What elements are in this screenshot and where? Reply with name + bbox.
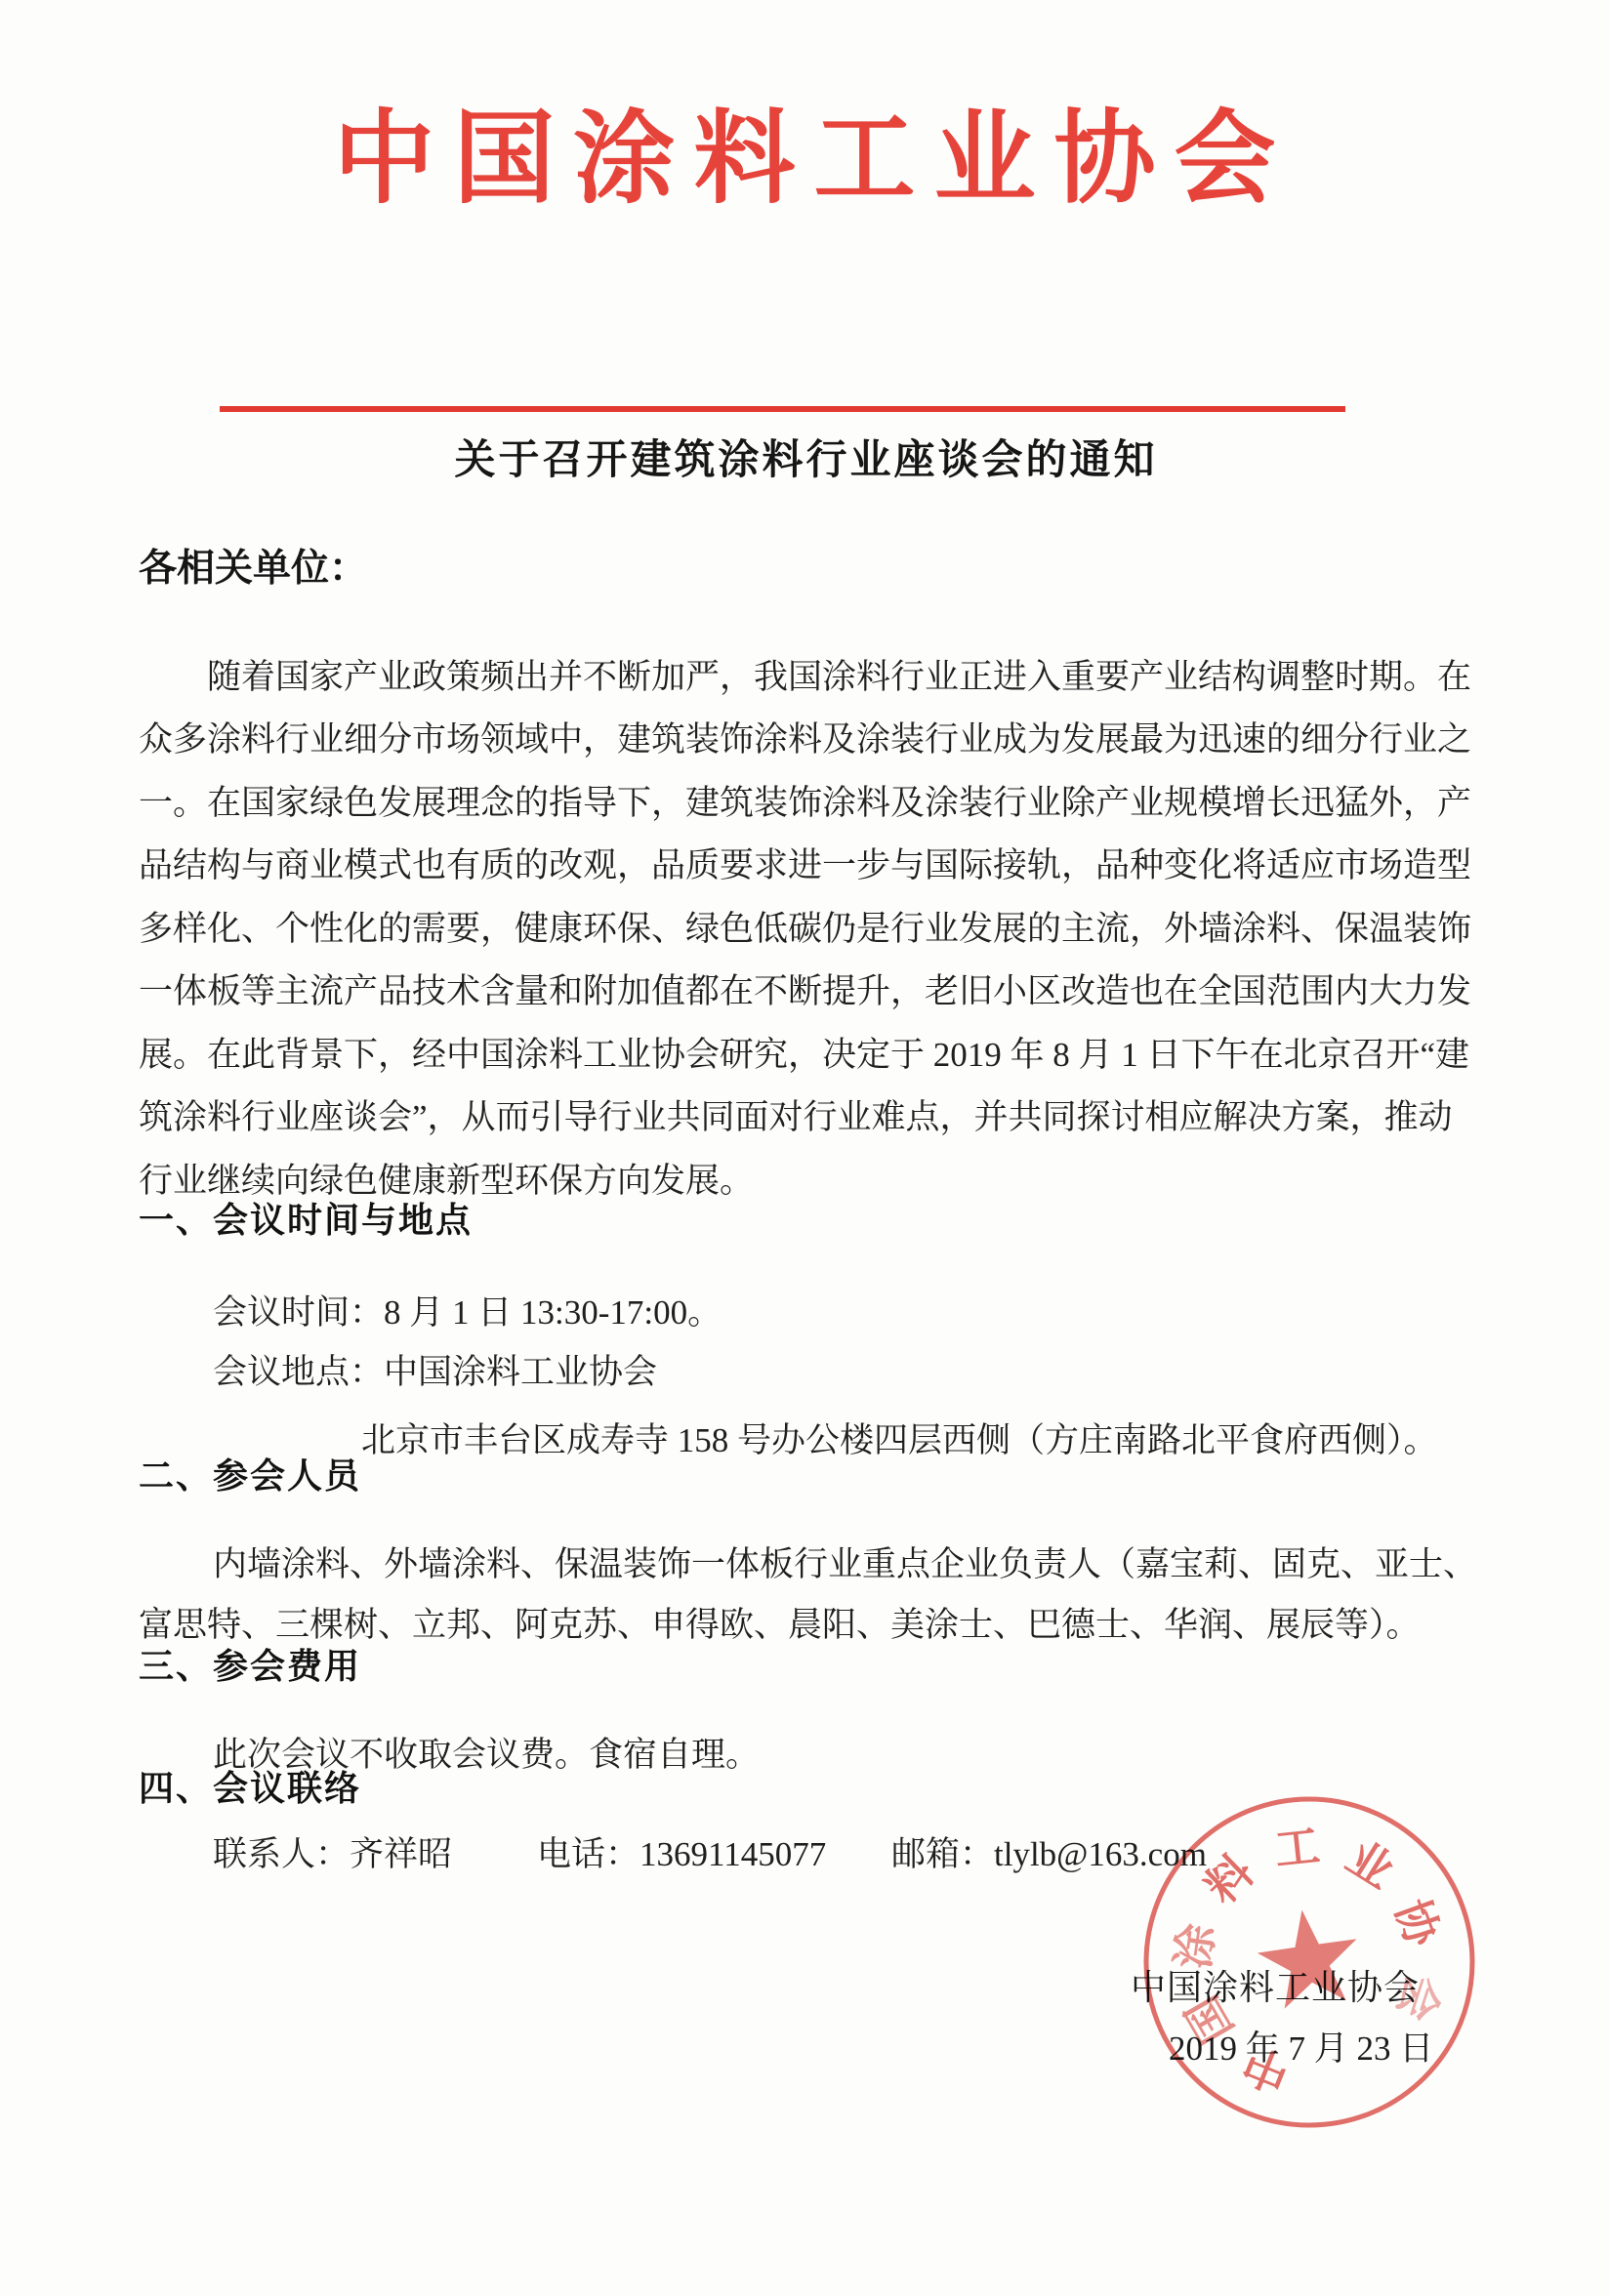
section-heading-time-place: 一、会议时间与地点 — [139, 1193, 473, 1243]
paragraph-line: 一体板等主流产品技术含量和附加值都在不断提升，老旧小区改造也在全国范围内大力发 — [139, 971, 1471, 1012]
paragraph-line: 多样化、个性化的需要，健康环保、绿色低碳仍是行业发展的主流，外墙涂料、保温装饰 — [139, 909, 1471, 950]
paragraph-line: 筑涂料行业座谈会”，从而引导行业共同面对行业难点，并共同探讨相应解决方案，推动 — [139, 1097, 1453, 1138]
contact-phone: 电话：13691145077 — [537, 1827, 826, 1876]
section-heading-fee: 三、参会费用 — [139, 1639, 361, 1689]
salutation: 各相关单位： — [139, 538, 367, 593]
signature-date: 2019 年 7 月 23 日 — [1169, 2022, 1433, 2070]
section-heading-participants: 二、参会人员 — [139, 1449, 361, 1498]
contact-email: 邮箱：tlylb@163.com — [891, 1827, 1207, 1876]
seal-ring-char: 协 — [1382, 1890, 1459, 1954]
paragraph-line: 随着国家产业政策频出并不断加严，我国涂料行业正进入重要产业结构调整时期。在 — [139, 657, 1471, 698]
contact-row: 联系人：齐祥昭 电话：13691145077 邮箱：tlylb@163.com — [139, 1827, 1476, 1871]
paragraph-line: 品结构与商业模式也有质的改观，品质要求进一步与国际接轨，品种变化将适应市场造型 — [139, 845, 1471, 886]
header-rule-divider — [220, 406, 1345, 412]
meeting-time-line: 会议时间：8 月 1 日 13:30-17:00。 — [139, 1292, 722, 1333]
paragraph-line: 一。在国家绿色发展理念的指导下，建筑装饰涂料及涂装行业除产业规模增长迅猛外，产 — [139, 783, 1471, 824]
org-title: 中国涂料工业协会 — [0, 76, 1609, 223]
meeting-place-line: 会议地点：中国涂料工业协会 — [139, 1352, 657, 1393]
section-heading-contact: 四、会议联络 — [139, 1761, 361, 1811]
contact-person: 联系人：齐祥昭 — [213, 1827, 452, 1876]
participants-line: 内墙涂料、外墙涂料、保温装饰一体板行业重点企业负责人（嘉宝莉、固克、亚士、 — [139, 1544, 1477, 1585]
notice-document: 中国涂料工业协会 关于召开建筑涂料行业座谈会的通知 各相关单位： 随着国家产业政… — [0, 0, 1609, 2296]
paragraph-line: 众多涂料行业细分市场领域中，建筑装饰涂料及涂装行业成为发展最为迅速的细分行业之 — [139, 719, 1471, 760]
signature-org: 中国涂料工业协会 — [1131, 1960, 1420, 2010]
paragraph-line: 展。在此背景下，经中国涂料工业协会研究，决定于 2019 年 8 月 1 日下午… — [139, 1035, 1469, 1076]
doc-title: 关于召开建筑涂料行业座谈会的通知 — [0, 428, 1609, 486]
